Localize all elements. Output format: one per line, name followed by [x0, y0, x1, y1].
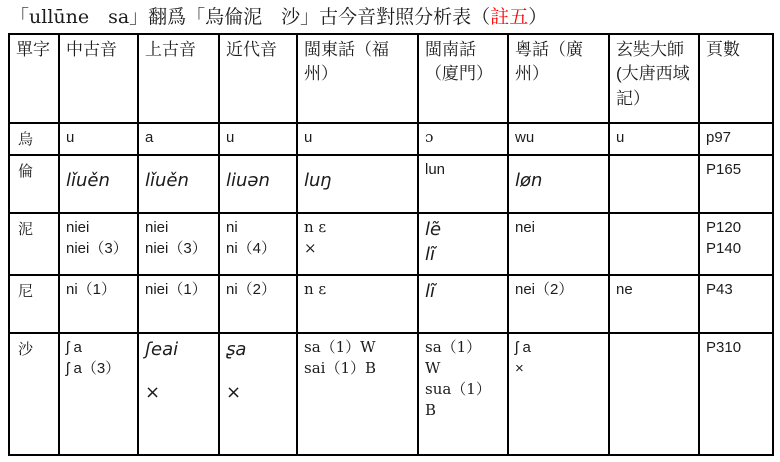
phonetic-cell: luŋ	[297, 155, 418, 213]
phonetic-cell: nieiniei（3）	[59, 213, 138, 275]
phonetic-cell	[609, 213, 699, 275]
phonetic-cell: wu	[508, 123, 609, 155]
cell-line: ʃ a（3）	[66, 358, 131, 379]
doc-title: 「ullūne sa」翻爲「烏倫泥 沙」古今音對照分析表（註五）	[0, 0, 780, 33]
phonetic-cell: ʂa×	[219, 333, 297, 455]
phonetic-cell: lẽlĩ	[418, 213, 508, 275]
cell-line: ne	[616, 279, 692, 300]
phonetic-cell: u	[609, 123, 699, 155]
cell-line: lun	[425, 159, 501, 180]
phonetic-cell: lǐuěn	[138, 155, 219, 213]
table-row: 倫lǐuěnlǐuěnliuənluŋlunlønP165	[9, 155, 773, 213]
cell-line: u	[304, 127, 411, 148]
row-char: 倫	[9, 155, 59, 213]
cell-line: ʃ a	[66, 337, 131, 358]
phonetic-cell: ni（1）	[59, 275, 138, 333]
cell-line: luŋ	[304, 168, 411, 193]
header-middle-chinese: 中古音	[59, 34, 138, 123]
cell-line: lǐuěn	[66, 168, 131, 193]
phonetic-cell: nei（2）	[508, 275, 609, 333]
phonetic-cell: nieiniei（3）	[138, 213, 219, 275]
cell-line: sua（1）	[425, 379, 501, 400]
cell-line: P43	[706, 279, 766, 300]
cell-line: u	[616, 127, 692, 148]
cell-line: ni（2）	[226, 279, 290, 300]
cell-line: n ε	[304, 279, 411, 300]
cell-line: nei	[515, 217, 602, 238]
row-char: 沙	[9, 333, 59, 455]
cell-line: P120	[706, 217, 766, 238]
cell-line: wu	[515, 127, 602, 148]
title-close: ）	[528, 6, 547, 28]
title-note: 註五	[490, 6, 528, 28]
table-row: 泥nieiniei（3）nieiniei（3）nini（4）n ε×lẽlĩne…	[9, 213, 773, 275]
phonetic-cell: a	[138, 123, 219, 155]
cell-line: sa（1）W	[304, 337, 411, 358]
cell-line: løn	[515, 168, 602, 193]
header-minnan: 閩南話（廈門）	[418, 34, 508, 123]
cell-line: niei（3）	[145, 238, 212, 259]
phonetic-cell: n ε×	[297, 213, 418, 275]
cell-line: ni（1）	[66, 279, 131, 300]
cell-line: P310	[706, 337, 766, 358]
cell-line: ɔ	[425, 127, 501, 148]
cell-line: lǐuěn	[145, 168, 212, 193]
cell-line-spacer	[226, 362, 290, 380]
phonetic-cell: ɔ	[418, 123, 508, 155]
phonetic-cell: ni（2）	[219, 275, 297, 333]
phonetic-cell: ne	[609, 275, 699, 333]
phonetic-cell: niei（1）	[138, 275, 219, 333]
cell-line: ʂa	[226, 337, 290, 362]
cell-line: p97	[706, 127, 766, 148]
phonetic-cell: P310	[699, 333, 773, 455]
phonetic-cell: ʃ a×	[508, 333, 609, 455]
header-mindong: 閩東話（福州）	[297, 34, 418, 123]
cell-line: P140	[706, 238, 766, 259]
phonetic-cell: ʃeai×	[138, 333, 219, 455]
cell-line: lĩ	[425, 279, 501, 304]
cell-line: ni	[226, 217, 290, 238]
cell-line: ×	[304, 238, 411, 259]
row-char: 烏	[9, 123, 59, 155]
cell-line: ×	[145, 380, 212, 405]
cell-line: lẽ	[425, 217, 501, 242]
cell-line: niei（3）	[66, 238, 131, 259]
table-row: 尼ni（1）niei（1）ni（2）n εlĩnei（2）neP43	[9, 275, 773, 333]
cell-line: niei（1）	[145, 279, 212, 300]
cell-line: ʃeai	[145, 337, 212, 362]
phonetic-cell: liuən	[219, 155, 297, 213]
phonetic-cell: ʃ aʃ a（3）	[59, 333, 138, 455]
phonetic-cell	[609, 333, 699, 455]
cell-line: sa（1）	[425, 337, 501, 358]
row-char: 泥	[9, 213, 59, 275]
cell-line: u	[66, 127, 131, 148]
header-char: 單字	[9, 34, 59, 123]
cell-line: u	[226, 127, 290, 148]
cell-line: nei（2）	[515, 279, 602, 300]
phonetic-cell: u	[219, 123, 297, 155]
header-modern: 近代音	[219, 34, 297, 123]
cell-line: W	[425, 358, 501, 379]
cell-line: niei	[145, 217, 212, 238]
document-page: 「ullūne sa」翻爲「烏倫泥 沙」古今音對照分析表（註五） 單字 中古音 …	[0, 0, 780, 456]
phonetic-cell: P43	[699, 275, 773, 333]
title-text: 「ullūne sa」翻爲「烏倫泥 沙」古今音對照分析表（	[10, 6, 490, 28]
header-cantonese: 粵話（廣州）	[508, 34, 609, 123]
phonetic-cell: p97	[699, 123, 773, 155]
cell-line-spacer	[145, 362, 212, 380]
phonetic-cell: sa（1）Wsua（1）B	[418, 333, 508, 455]
phonetic-cell: lun	[418, 155, 508, 213]
table-row: 沙ʃ aʃ a（3）ʃeai×ʂa×sa（1）Wsai（1）Bsa（1）Wsua…	[9, 333, 773, 455]
cell-line: niei	[66, 217, 131, 238]
cell-line: liuən	[226, 168, 290, 193]
cell-line: n ε	[304, 217, 411, 238]
phonetic-cell: nini（4）	[219, 213, 297, 275]
phonetic-cell: nei	[508, 213, 609, 275]
phonetic-cell	[609, 155, 699, 213]
phonetic-cell: u	[297, 123, 418, 155]
header-page: 頁數	[699, 34, 773, 123]
header-row: 單字 中古音 上古音 近代音 閩東話（福州） 閩南話（廈門） 粵話（廣州） 玄奘…	[9, 34, 773, 123]
phonetic-cell: sa（1）Wsai（1）B	[297, 333, 418, 455]
cell-line: ×	[226, 380, 290, 405]
phonetic-comparison-table: 單字 中古音 上古音 近代音 閩東話（福州） 閩南話（廈門） 粵話（廣州） 玄奘…	[8, 33, 774, 456]
cell-line: a	[145, 127, 212, 148]
cell-line: ×	[515, 358, 602, 379]
phonetic-cell: lĩ	[418, 275, 508, 333]
phonetic-cell: u	[59, 123, 138, 155]
header-xuanzang: 玄奘大師(大唐西域記）	[609, 34, 699, 123]
cell-line: ni（4）	[226, 238, 290, 259]
cell-line: ʃ a	[515, 337, 602, 358]
phonetic-cell: n ε	[297, 275, 418, 333]
table-row: 烏uauuɔwuup97	[9, 123, 773, 155]
cell-line: sai（1）B	[304, 358, 411, 379]
cell-line: P165	[706, 159, 766, 180]
phonetic-cell: lǐuěn	[59, 155, 138, 213]
header-old-chinese: 上古音	[138, 34, 219, 123]
row-char: 尼	[9, 275, 59, 333]
phonetic-cell: løn	[508, 155, 609, 213]
cell-line: B	[425, 400, 501, 421]
phonetic-cell: P120P140	[699, 213, 773, 275]
phonetic-cell: P165	[699, 155, 773, 213]
cell-line: lĩ	[425, 242, 501, 267]
